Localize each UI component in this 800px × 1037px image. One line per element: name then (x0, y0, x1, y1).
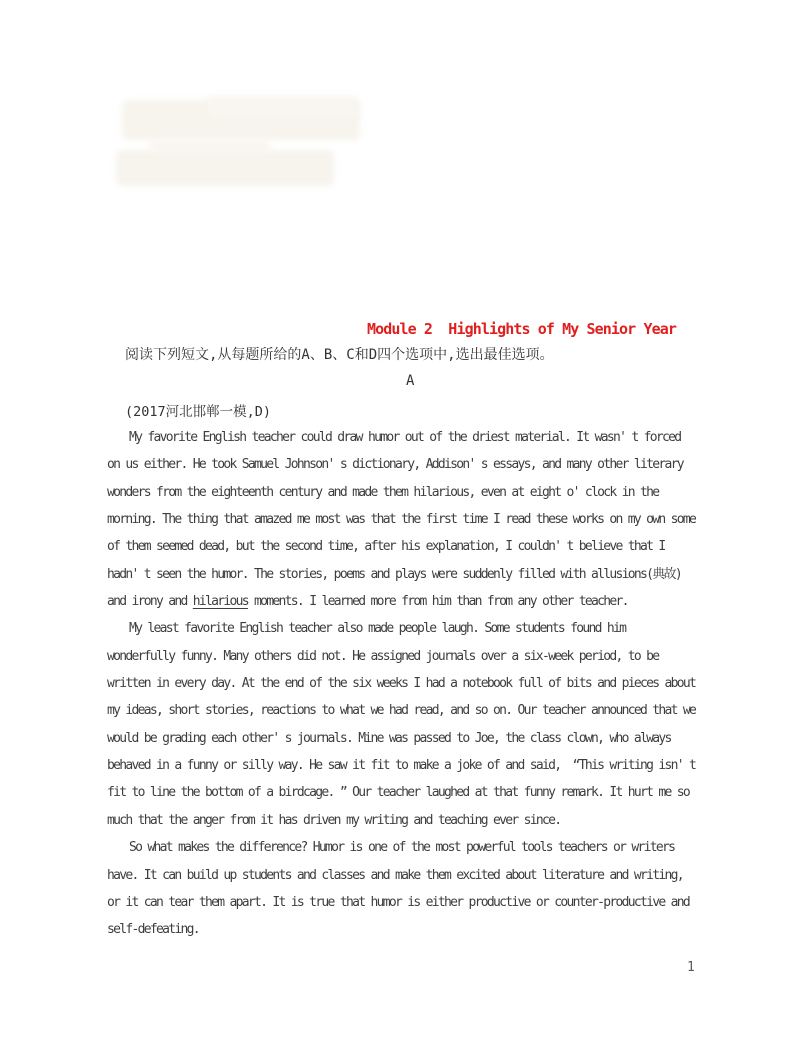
passage-line: My least favorite English teacher also m… (107, 615, 747, 642)
passage-line: would be grading each other' s journals.… (107, 725, 747, 752)
document-page: Module 2 Highlights of My Senior Year 阅读… (0, 0, 800, 1037)
passage-line: fit to line the bottom of a birdcage. ” … (107, 779, 747, 806)
passage-line: wonders from the eighteenth century and … (107, 479, 747, 506)
instruction-text: 阅读下列短文,从每题所给的A、B、C和D四个选项中,选出最佳选项。 (125, 344, 554, 364)
passage-line: or it can tear them apart. It is true th… (107, 889, 747, 916)
passage-line: hadn' t seen the humor. The stories, poe… (107, 561, 747, 588)
passage-line: written in every day. At the end of the … (107, 670, 747, 697)
passage-line: and irony and hilarious moments. I learn… (107, 588, 747, 615)
passage-text: and irony and (107, 594, 193, 609)
passage-line: of them seemed dead, but the second time… (107, 533, 747, 560)
passage-line: morning. The thing that amazed me most w… (107, 506, 747, 533)
module-title: Module 2 Highlights of My Senior Year (367, 320, 676, 338)
source-label: (2017河北邯郸一模,D) (125, 400, 271, 420)
passage-line: behaved in a funny or silly way. He saw … (107, 752, 747, 779)
passage-text: moments. I learned more from him than fr… (248, 594, 628, 609)
passage-line: have. It can build up students and class… (107, 862, 747, 889)
passage-line: So what makes the difference? Humor is o… (107, 834, 747, 861)
reading-passage: My favorite English teacher could draw h… (107, 424, 747, 944)
passage-line: my ideas, short stories, reactions to wh… (107, 697, 747, 724)
watermark (208, 96, 358, 118)
passage-line: self-defeating. (107, 916, 747, 943)
passage-line: on us either. He took Samuel Johnson' s … (107, 451, 747, 478)
watermark (116, 150, 334, 186)
underlined-word: hilarious (193, 594, 248, 609)
passage-line: wonderfully funny. Many others did not. … (107, 643, 747, 670)
watermark (150, 140, 270, 154)
page-number: 1 (687, 960, 695, 975)
section-label: A (406, 373, 414, 389)
passage-line: My favorite English teacher could draw h… (107, 424, 747, 451)
passage-line: much that the anger from it has driven m… (107, 807, 747, 834)
